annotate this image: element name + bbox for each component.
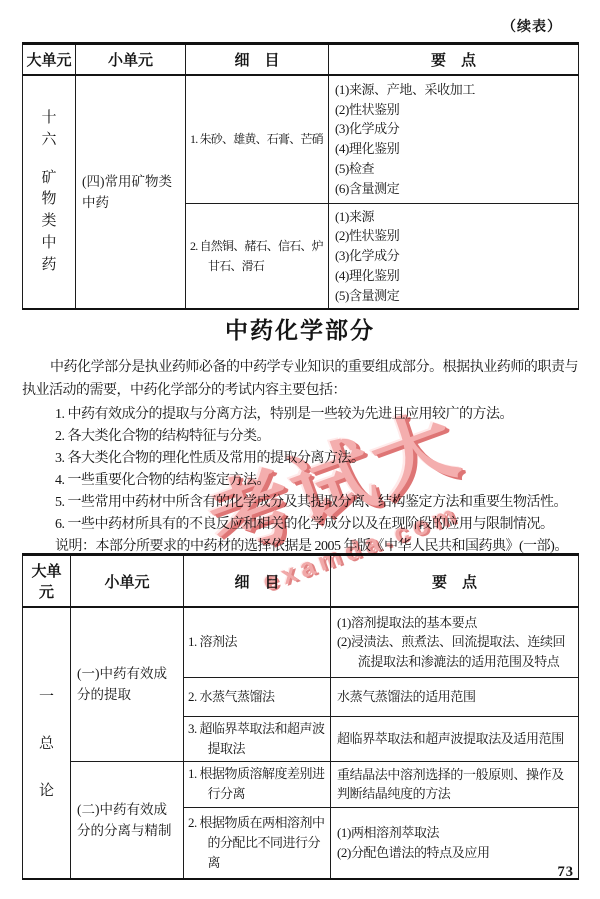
point-line: (3)化学成分 bbox=[335, 246, 574, 266]
header-minor-unit: 小单元 bbox=[71, 555, 184, 608]
point-line: 水蒸气蒸馏法的适用范围 bbox=[337, 687, 574, 707]
point-line: (5)检查 bbox=[335, 159, 574, 179]
section-title: 中药化学部分 bbox=[0, 312, 600, 345]
point-line: (5)含量测定 bbox=[335, 286, 574, 306]
detail-cell: 3. 超临界萃取法和超声波提取法 bbox=[184, 716, 331, 761]
detail-text: 2. 根据物质在两相溶剂中的分配比不同进行分离 bbox=[188, 813, 326, 873]
major-unit-cell: 一 总 论 bbox=[23, 607, 71, 879]
key-points-cell: 超临界萃取法和超声波提取法及适用范围 bbox=[331, 716, 579, 761]
minerals-table: 大单元 小单元 细 目 要 点 十六 矿物类中药 (四)常用矿物类中药 1. 朱… bbox=[22, 42, 579, 310]
header-major-unit: 大单元 bbox=[23, 555, 71, 608]
major-unit-cell: 十六 矿物类中药 bbox=[23, 75, 76, 309]
intro-paragraph: 中药化学部分是执业药师必备的中药学专业知识的重要组成部分。根据执业药师的职责与执… bbox=[22, 356, 578, 402]
table-row: 一 总 论 (一)中药有效成分的提取 1. 溶剂法 (1)溶剂提取法的基本要点 … bbox=[23, 607, 579, 677]
point-line: (2)分配色谱法的特点及应用 bbox=[337, 843, 574, 863]
header-major-unit: 大单元 bbox=[23, 44, 76, 76]
table-header-row: 大单元 小单元 细 目 要 点 bbox=[23, 44, 579, 76]
unit-char: 总 bbox=[39, 732, 54, 753]
key-points-cell: (1)来源 (2)性状鉴别 (3)化学成分 (4)理化鉴别 (5)含量测定 bbox=[329, 203, 579, 309]
detail-text: 3. 超临界萃取法和超声波提取法 bbox=[188, 719, 326, 759]
key-points-cell: 重结晶法中溶剂选择的一般原则、操作及判断结晶纯度的方法 bbox=[331, 761, 579, 808]
book-page: （续表） 大单元 小单元 细 目 要 点 十六 矿物类中药 (四)常用矿物类中药 bbox=[0, 0, 600, 899]
list-item: 6. 一些中药材所具有的不良反应和相关的化学成分以及在现阶段的应用与限制情况。 bbox=[55, 514, 578, 536]
point-line: (1)来源 bbox=[335, 207, 574, 227]
point-line: (2)浸渍法、煎煮法、回流提取法、连续回流提取法和渗漉法的适用范围及特点 bbox=[337, 632, 574, 672]
table-header-row: 大单元 小单元 细 目 要 点 bbox=[23, 555, 579, 608]
minor-unit-cell: (一)中药有效成分的提取 bbox=[71, 607, 184, 761]
exam-content-list: 1. 中药有效成分的提取与分离方法，特别是一些较为先进且应用较广的方法。 2. … bbox=[22, 404, 578, 558]
detail-cell: 1. 溶剂法 bbox=[184, 607, 331, 677]
minor-unit-cell: (二)中药有效成分的分离与精制 bbox=[71, 761, 184, 879]
table-row: 十六 矿物类中药 (四)常用矿物类中药 1. 朱砂、雄黄、石膏、芒硝 (1)来源… bbox=[23, 75, 579, 203]
table-row: (二)中药有效成分的分离与精制 1. 根据物质溶解度差别进行分离 重结晶法中溶剂… bbox=[23, 761, 579, 808]
vertical-label: 一 总 论 bbox=[23, 685, 70, 800]
unit-char: 论 bbox=[39, 779, 54, 800]
general-overview-table: 大单元 小单元 细 目 要 点 一 总 论 (一)中药有效成分的提取 1. 溶剂… bbox=[22, 553, 579, 880]
list-item: 1. 中药有效成分的提取与分离方法，特别是一些较为先进且应用较广的方法。 bbox=[55, 404, 578, 426]
header-minor-unit: 小单元 bbox=[76, 44, 186, 76]
point-line: (1)两相溶剂萃取法 bbox=[337, 823, 574, 843]
point-line: (3)化学成分 bbox=[335, 119, 574, 139]
point-line: (1)溶剂提取法的基本要点 bbox=[337, 613, 574, 633]
list-item: 4. 一些重要化合物的结构鉴定方法。 bbox=[55, 470, 578, 492]
header-key-points: 要 点 bbox=[329, 44, 579, 76]
key-points-cell: (1)来源、产地、采收加工 (2)性状鉴别 (3)化学成分 (4)理化鉴别 (5… bbox=[329, 75, 579, 203]
header-key-points: 要 点 bbox=[331, 555, 579, 608]
detail-text: 1. 朱砂、雄黄、石膏、芒硝 bbox=[190, 129, 324, 149]
key-points-cell: (1)溶剂提取法的基本要点 (2)浸渍法、煎煮法、回流提取法、连续回流提取法和渗… bbox=[331, 607, 579, 677]
unit-title: 矿物类中药 bbox=[40, 168, 57, 277]
point-line: 重结晶法中溶剂选择的一般原则、操作及判断结晶纯度的方法 bbox=[337, 765, 574, 805]
detail-text: 2. 自然铜、赭石、信石、炉甘石、滑石 bbox=[190, 236, 324, 276]
list-item: 3. 各大类化合物的理化性质及常用的提取分离方法。 bbox=[55, 448, 578, 470]
detail-text: 2. 水蒸气蒸馏法 bbox=[188, 687, 326, 707]
detail-cell: 2. 水蒸气蒸馏法 bbox=[184, 677, 331, 716]
continued-table-note: （续表） bbox=[502, 16, 562, 36]
detail-text: 1. 根据物质溶解度差别进行分离 bbox=[188, 764, 326, 804]
detail-text: 1. 溶剂法 bbox=[188, 632, 326, 652]
key-points-cell: 水蒸气蒸馏法的适用范围 bbox=[331, 677, 579, 716]
list-item: 5. 一些常用中药材中所含有的化学成分及其提取分离、结构鉴定方法和重要生物活性。 bbox=[55, 492, 578, 514]
point-line: (2)性状鉴别 bbox=[335, 100, 574, 120]
point-line: 超临界萃取法和超声波提取法及适用范围 bbox=[337, 729, 574, 749]
key-points-cell: (1)两相溶剂萃取法 (2)分配色谱法的特点及应用 bbox=[331, 808, 579, 879]
list-item: 2. 各大类化合物的结构特征与分类。 bbox=[55, 426, 578, 448]
page-number: 73 bbox=[558, 864, 575, 881]
point-line: (2)性状鉴别 bbox=[335, 226, 574, 246]
detail-cell: 2. 自然铜、赭石、信石、炉甘石、滑石 bbox=[186, 203, 329, 309]
header-detail: 细 目 bbox=[186, 44, 329, 76]
unit-char: 一 bbox=[39, 685, 54, 706]
point-line: (4)理化鉴别 bbox=[335, 266, 574, 286]
detail-cell: 1. 根据物质溶解度差别进行分离 bbox=[184, 761, 331, 808]
detail-cell: 2. 根据物质在两相溶剂中的分配比不同进行分离 bbox=[184, 808, 331, 879]
header-detail: 细 目 bbox=[184, 555, 331, 608]
point-line: (1)来源、产地、采收加工 bbox=[335, 80, 574, 100]
detail-cell: 1. 朱砂、雄黄、石膏、芒硝 bbox=[186, 75, 329, 203]
vertical-label: 十六 矿物类中药 bbox=[23, 108, 75, 276]
point-line: (6)含量测定 bbox=[335, 179, 574, 199]
unit-number: 十六 bbox=[40, 108, 57, 152]
point-line: (4)理化鉴别 bbox=[335, 139, 574, 159]
minor-unit-cell: (四)常用矿物类中药 bbox=[76, 75, 186, 309]
